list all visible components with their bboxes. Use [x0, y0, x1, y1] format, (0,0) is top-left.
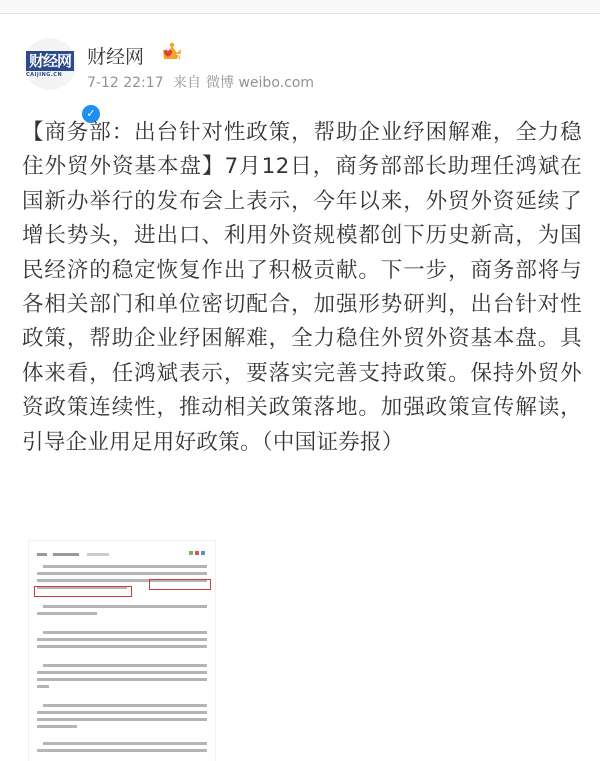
avatar-logo-text: 财经网 — [26, 51, 74, 71]
svg-text:7: 7 — [176, 53, 181, 61]
avatar[interactable]: 财经网 CAIJING.CN ✓ — [24, 38, 76, 90]
post-image[interactable] — [28, 540, 216, 761]
image-header-line — [37, 553, 47, 556]
highlight-box — [34, 586, 132, 597]
source-prefix: 来自 — [173, 75, 201, 91]
author-name[interactable]: 财经网 — [87, 42, 144, 69]
image-text-line — [37, 678, 207, 681]
image-text-line — [43, 664, 207, 667]
share-icon — [195, 551, 199, 555]
post-text: 【商务部：出台针对性政策，帮助企业纾困解难，全力稳住外贸外资基本盘】7月12日，… — [22, 116, 582, 460]
image-text-line — [37, 572, 207, 575]
image-text-line — [43, 565, 207, 568]
image-text-line — [37, 685, 49, 688]
share-icon — [201, 551, 205, 555]
top-bar — [0, 0, 600, 14]
avatar-logo-subtext: CAIJING.CN — [26, 72, 72, 78]
image-text-line — [37, 725, 77, 728]
image-text-line — [37, 638, 207, 641]
image-text-line — [43, 704, 207, 707]
post-source[interactable]: 微博 weibo.com — [206, 75, 314, 91]
image-text-line — [43, 631, 207, 634]
image-text-line — [37, 612, 97, 615]
crown-vip-icon[interactable]: 7 — [161, 41, 183, 63]
image-text-line — [37, 671, 207, 674]
highlight-box — [149, 579, 211, 590]
post-meta: 7-12 22:17 来自微博 weibo.com — [87, 72, 319, 92]
image-text-line — [37, 645, 207, 648]
post-timestamp: 7-12 22:17 — [87, 75, 164, 91]
share-icon — [189, 551, 193, 555]
image-text-line — [43, 605, 207, 608]
image-text-line — [37, 749, 207, 752]
image-text-line — [37, 718, 207, 721]
image-text-line — [43, 742, 207, 745]
image-header-line — [87, 553, 109, 556]
image-header-line — [53, 553, 79, 556]
image-text-line — [37, 711, 207, 714]
